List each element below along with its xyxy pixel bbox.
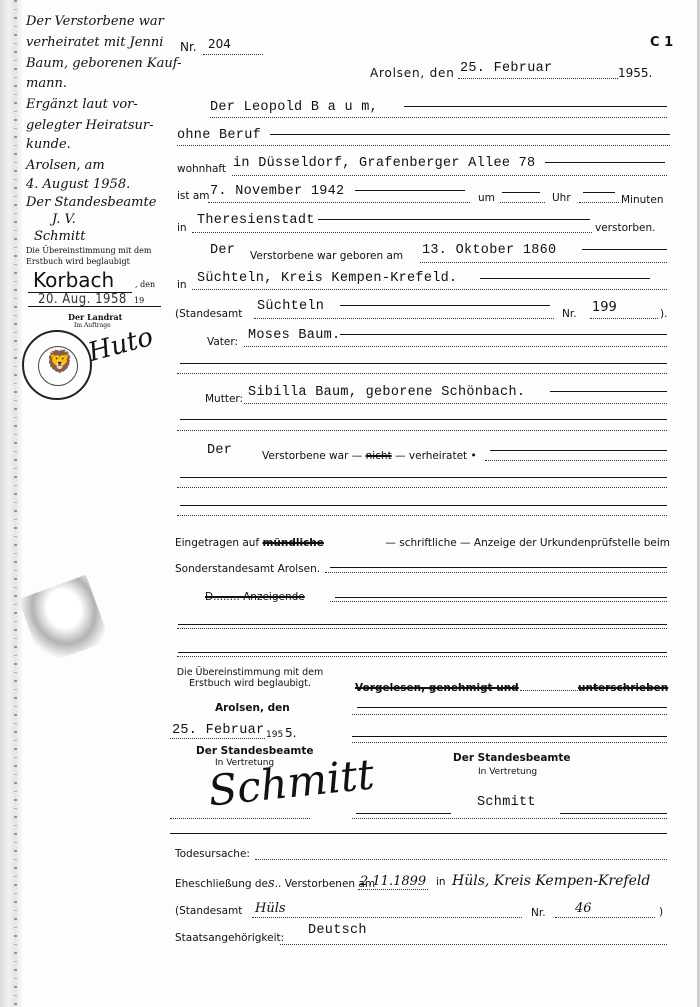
marriage-registry: Hüls	[255, 901, 286, 916]
person-name: Leopold B a u m,	[244, 100, 378, 115]
cause-of-death-label: Todesursache:	[175, 848, 250, 860]
binding-edge	[0, 0, 22, 1007]
document-date: 25. Februar	[460, 61, 552, 76]
informant-label: D........ Anzeigende	[205, 591, 305, 603]
death-certificate-page: Der Verstorbene war verheiratet mit Jenn…	[0, 0, 700, 1007]
citizenship-label: Staatsangehörigkeit:	[175, 932, 284, 944]
margin-official-title: Der Landrat	[68, 312, 122, 322]
right-official-title: Der Standesbeamte	[453, 752, 571, 764]
married-status-line: Verstorbene war — nicht — verheiratet •	[262, 450, 477, 462]
margin-line: Baum, geborenen Kauf-	[26, 56, 182, 71]
birth-registry-nr: 199	[592, 300, 617, 315]
margin-line: Der Standesbeamte	[26, 195, 156, 210]
margin-date-stamp: 20. Aug. 1958	[38, 292, 127, 307]
lion-emblem-icon: 🦁	[46, 352, 73, 374]
certification-date: 25. Februar	[172, 723, 264, 738]
death-place: Theresienstadt	[197, 213, 315, 228]
official-seal: 🦁	[22, 330, 92, 400]
birth-place: Süchteln, Kreis Kempen-Krefeld.	[197, 271, 457, 286]
occupation: ohne Beruf	[177, 128, 261, 143]
birth-registry: Süchteln	[257, 299, 324, 314]
mother-name: Sibilla Baum, geborene Schönbach.	[248, 385, 525, 400]
birth-date: 13. Oktober 1860	[422, 243, 556, 258]
citizenship: Deutsch	[308, 923, 367, 938]
person-name-line: Der Leopold B a u m,	[210, 100, 378, 115]
marriage-place: Hüls, Kreis Kempen-Krefeld	[452, 873, 650, 889]
margin-line: kunde.	[26, 137, 71, 152]
marriage-date: 2.11.1899	[360, 874, 426, 889]
margin-place: Korbach	[33, 268, 114, 292]
margin-line: verheiratet mit Jenni	[26, 35, 163, 50]
registration-text: Eingetragen auf mündliche — schriftliche…	[175, 537, 670, 549]
margin-line: Arolsen, am	[26, 158, 105, 173]
left-official-title: Der Standesbeamte	[196, 745, 314, 757]
certification-text: Die Übereinstimmung mit dem Erstbuch wir…	[175, 667, 325, 689]
form-code: C 1	[650, 35, 673, 50]
margin-line: Der Verstorbene war	[26, 14, 164, 29]
right-official-name: Schmitt	[477, 795, 536, 810]
father-name: Moses Baum.	[248, 328, 340, 343]
place-date-label: Arolsen, den	[370, 66, 455, 80]
certification-place: Arolsen, den	[215, 702, 290, 714]
struck-read-approved: Vorgelesen, genehmigt und	[355, 682, 519, 694]
death-date: 7. November 1942	[210, 184, 344, 199]
margin-line: 4. August 1958.	[26, 177, 130, 192]
margin-certification: Die Übereinstimmung mit dem	[26, 246, 151, 255]
margin-line: Schmitt	[34, 229, 86, 244]
margin-line: J. V.	[52, 212, 76, 227]
margin-line: Ergänzt laut vor-	[26, 97, 138, 112]
margin-certification: Erstbuch wird beglaubigt	[26, 257, 130, 266]
marriage-label: Eheschließung des.. Verstorbenen am	[175, 876, 375, 891]
document-year: 1955.	[618, 66, 652, 80]
marriage-registry-nr: 46	[575, 901, 592, 916]
nr-value: 204	[208, 37, 231, 51]
nr-label: Nr.	[180, 40, 197, 54]
thumb-shadow	[18, 575, 110, 665]
margin-line: mann.	[26, 76, 67, 91]
margin-line: gelegter Heiratsur-	[26, 118, 153, 133]
residence: in Düsseldorf, Grafenberger Allee 78	[233, 156, 535, 171]
